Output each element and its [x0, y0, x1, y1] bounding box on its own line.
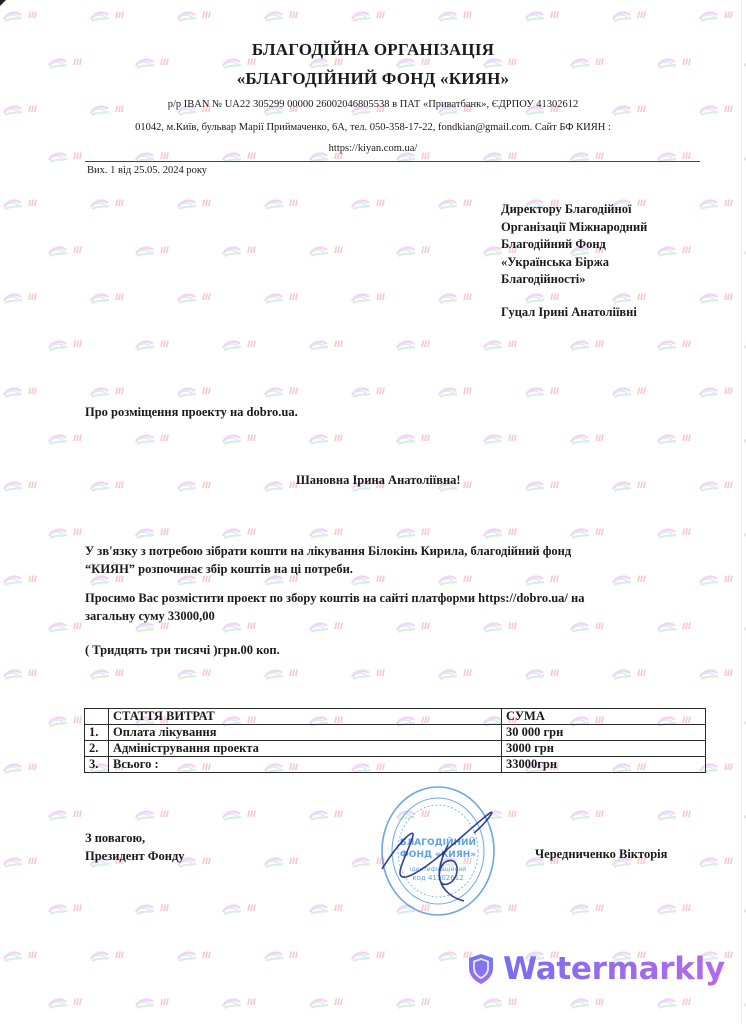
org-title-line2: «БЛАГОДІЙНИЙ ФОНД «КИЯН» — [0, 69, 746, 89]
row-item: Оплата лікування — [109, 725, 502, 741]
table-row: 1. Оплата лікування 30 000 грн — [85, 725, 706, 741]
paragraph-line: “КИЯН” розпочинає збір коштів на ці потр… — [85, 561, 697, 579]
letter-subject: Про розміщення проекту на dobro.ua. — [85, 405, 298, 420]
addressee-line: Організації Міжнародний — [501, 219, 647, 237]
watermarkly-badge: Watermarkly — [467, 951, 725, 987]
cost-table: СТАТТЯ ВИТРАТ СУМА 1. Оплата лікування 3… — [84, 708, 706, 773]
watermarkly-brand: Watermarkly — [503, 951, 725, 987]
table-header-row: СТАТТЯ ВИТРАТ СУМА — [85, 709, 706, 725]
closing: З повагою, — [85, 829, 185, 847]
addressee-line: Благодійний Фонд — [501, 236, 647, 254]
paragraph-line: Просимо Вас розмістити проект по збору к… — [85, 590, 697, 608]
row-amount: 33000грн — [502, 757, 706, 773]
body-paragraph-2: Просимо Вас розмістити проект по збору к… — [85, 590, 697, 625]
row-amount: 30 000 грн — [502, 725, 706, 741]
svg-text:ФОНД «КИЯН»: ФОНД «КИЯН» — [400, 850, 476, 860]
amount-in-words: ( Тридцять три тисячі )грн.00 коп. — [85, 642, 697, 660]
salutation: Шановна Ірина Анатоліївна! — [296, 473, 461, 488]
letter-page: БЛАГОДІЙНА ОРГАНІЗАЦІЯ «БЛАГОДІЙНИЙ ФОНД… — [0, 0, 746, 1024]
signer-name: Чередниченко Вікторія — [535, 847, 667, 862]
org-title-line1: БЛАГОДІЙНА ОРГАНІЗАЦІЯ — [0, 40, 746, 60]
row-item: Всього : — [109, 757, 502, 773]
table-row: 2. Адміністрування проекта 3000 грн — [85, 741, 706, 757]
body-paragraph-1: У зв'язку з потребою зібрати кошти на лі… — [85, 543, 697, 578]
outgoing-reference: Вих. 1 від 25.05. 2024 року — [87, 165, 207, 176]
addressee-name: Гуцал Ірині Анатоліївні — [501, 304, 647, 322]
header-cell-item: СТАТТЯ ВИТРАТ — [109, 709, 502, 725]
signature-block: З повагою, Президент Фонду — [85, 829, 185, 865]
header-cell-amount: СУМА — [502, 709, 706, 725]
scan-corner-mark — [0, 0, 6, 6]
paragraph-line: загальну суму 33000,00 — [85, 608, 697, 626]
row-num: 2. — [85, 741, 109, 757]
bank-details: р/р IBAN № UA22 305299 00000 26002046805… — [0, 99, 746, 110]
row-num: 3. — [85, 757, 109, 773]
table-row: 3. Всього : 33000грн — [85, 757, 706, 773]
addressee-line: Благодійності» — [501, 271, 647, 289]
header-divider — [85, 161, 700, 162]
paragraph-line: У зв'язку з потребою зібрати кошти на лі… — [85, 543, 697, 561]
seal-stamp-icon: БЛАГОДІЙНИЙ ФОНД «КИЯН» ідентифікаційний… — [378, 783, 498, 919]
signer-position: Президент Фонду — [85, 847, 185, 865]
row-num: 1. — [85, 725, 109, 741]
addressee-block: Директору Благодійної Організації Міжнар… — [501, 201, 647, 321]
row-amount: 3000 грн — [502, 741, 706, 757]
website-link[interactable]: https://kiyan.com.ua/ — [0, 143, 746, 154]
row-item: Адміністрування проекта — [109, 741, 502, 757]
header-cell-num — [85, 709, 109, 725]
shield-icon — [467, 953, 495, 985]
address-details: 01042, м.Київ, бульвар Марії Приймаченко… — [0, 122, 746, 133]
addressee-line: Директору Благодійної — [501, 201, 647, 219]
addressee-line: «Українська Біржа — [501, 254, 647, 272]
